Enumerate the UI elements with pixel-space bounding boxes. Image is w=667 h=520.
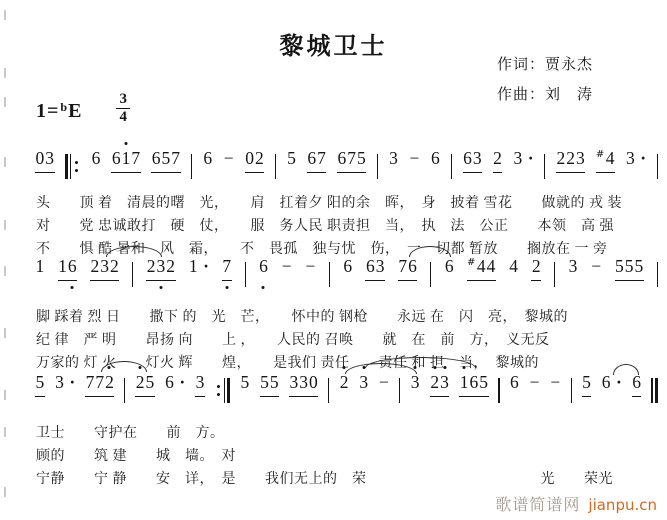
barline (544, 154, 545, 179)
notation-line-2: 1162322321·76−−663766#44423−555 (34, 256, 659, 286)
barline (377, 154, 378, 179)
watermark-site-url: jianpu.cn (588, 496, 657, 514)
note: 6 (509, 372, 519, 393)
note: 63 (365, 256, 385, 281)
note: 555 (615, 256, 644, 281)
augmentation-dot: · (203, 256, 209, 276)
watermark: 歌谱简谱网 jianpu.cn (495, 492, 657, 515)
augmentation-dot: · (179, 372, 185, 392)
barline (571, 378, 572, 403)
note: 6 (444, 256, 454, 277)
key-name: 1=bE (36, 100, 82, 122)
augmentation-dot: · (69, 372, 75, 392)
note: 16 (58, 256, 78, 281)
barline (132, 262, 133, 287)
repeat-end-barline (215, 378, 230, 403)
dash-note: − (281, 256, 292, 277)
barline (245, 262, 246, 287)
note: 3 (389, 148, 399, 169)
note: 3· (55, 372, 76, 393)
sharp-symbol: # (596, 149, 604, 160)
note: 02 (245, 148, 265, 173)
note: 1 (35, 256, 45, 277)
lyrics-line-2-verse-2: 纪 律 严 明 昂扬 向 上 ， 人民的 召唤 就 在 前 方， 义无反 (36, 329, 550, 349)
final-barline (651, 378, 657, 403)
barline (554, 262, 555, 287)
note: 5 (582, 372, 592, 397)
note: 3· (513, 148, 534, 169)
system-3: 53·772256·355533023−3231656−−56·6 卫士 守护在… (34, 372, 659, 402)
note: 3 (410, 372, 420, 393)
lyrics-line-2-verse-1: 脚 踩着 烈 日 撒下 的 光 芒， 怀中的 钢枪 永远 在 闪 亮， 黎城的 (36, 306, 568, 326)
dash-note: − (305, 256, 316, 277)
note: 5 (287, 148, 297, 169)
page: { "header": { "title": "黎城卫士", "lyricist… (0, 0, 667, 520)
note: #44 (467, 256, 496, 281)
barline (328, 378, 329, 403)
barline (451, 154, 452, 179)
note: 675 (337, 148, 366, 173)
barline (275, 154, 276, 179)
note: 772 (85, 372, 114, 397)
barline (657, 154, 658, 179)
note: 6· (165, 372, 186, 393)
lyrics-line-3-verse-2: 顾的 筑 建 城 墙。 对 (36, 445, 236, 465)
credits: 作词：贾永杰 作曲：刘 涛 (497, 50, 667, 110)
repeat-start-barline (65, 154, 80, 179)
note: 4 (509, 256, 519, 277)
note: 3 (568, 256, 578, 277)
barline (430, 262, 431, 287)
dash-note: − (378, 372, 389, 393)
note: 165 (459, 372, 488, 397)
barline (399, 378, 400, 403)
note: 330 (289, 372, 318, 397)
note: 1· (188, 256, 209, 277)
dash-note: − (223, 148, 234, 169)
note: 55 (260, 372, 280, 397)
time-denominator: 4 (116, 109, 130, 125)
note: #4 (596, 148, 615, 173)
note: 2 (493, 148, 503, 173)
note: 3· (626, 148, 647, 169)
note: 03 (35, 148, 55, 173)
key-signature: 1=bE 3 4 (36, 92, 130, 125)
note: 7 (222, 256, 232, 281)
note: 6· (601, 372, 622, 393)
dash-note: − (591, 256, 602, 277)
flat-symbol: b (60, 100, 68, 114)
lyrics-line-1-verse-3: 不 惧 酷 暑和 风 霜， 不 畏孤 独与忧 伤， 一 切都 暂放 搁放在 一 … (36, 238, 608, 258)
note: 63 (463, 148, 483, 173)
note: 617 (111, 148, 140, 173)
barline (498, 378, 499, 403)
watermark-site-name: 歌谱简谱网 (495, 497, 580, 514)
note: 6 (259, 256, 269, 277)
augmentation-dot: · (616, 372, 622, 392)
note: 25 (135, 372, 155, 397)
note: 5 (35, 372, 45, 397)
note: 23 (430, 372, 450, 397)
score-sheet: 黎城卫士 作词：贾永杰 作曲：刘 涛 1=bE 3 4 0366176576−0… (0, 0, 667, 520)
lyrics-line-1-verse-2: 对 党 忠诚敢打 硬 仗， 服 务人民 职责担 当， 执 法 公正 本领 高 强 (36, 215, 614, 235)
note: 6 (632, 372, 642, 397)
dash-note: − (409, 148, 420, 169)
note: 232 (146, 256, 175, 281)
note: 657 (151, 148, 180, 173)
lyrics-line-3-verse-3: 宁静 宁 静 安 详， 是 我们无上的 荣 光 荣光 (36, 468, 613, 488)
lyricist-credit: 作词：贾永杰 (497, 50, 667, 80)
note: 232 (90, 256, 119, 281)
barline (124, 378, 125, 403)
dash-note: − (550, 372, 561, 393)
note: 2 (339, 372, 349, 393)
time-numerator: 3 (116, 92, 130, 109)
barline (191, 154, 192, 179)
notation-line-1: 0366176576−025676753−66323·223#43· (34, 148, 659, 178)
notation-line-3: 53·772256·355533023−3231656−−56·6 (34, 372, 659, 402)
note: 67 (307, 148, 327, 173)
system-1: 0366176576−025676753−66323·223#43· 头 顶 着… (34, 148, 659, 178)
system-2: 1162322321·76−−663766#44423−555 脚 踩着 烈 日… (34, 256, 659, 286)
lyrics-line-3-verse-1: 卫士 守护在 前 方。 (36, 422, 225, 442)
dash-note: − (529, 372, 540, 393)
barline (329, 262, 330, 287)
augmentation-dot: · (528, 148, 534, 168)
note: 6 (91, 148, 101, 169)
note: 76 (398, 256, 418, 281)
time-signature: 3 4 (116, 92, 130, 125)
lyrics-line-2-verse-3: 万家的 灯 火 灯火 辉 煌， 是我们 责任 责任 和 担 当， 黎城的 (36, 352, 539, 372)
composer-credit: 作曲：刘 涛 (497, 80, 667, 110)
sharp-symbol: # (467, 257, 475, 268)
augmentation-dot: · (640, 148, 646, 168)
note: 5 (240, 372, 250, 393)
note: 6 (430, 148, 440, 169)
barline (657, 262, 658, 287)
note: 3 (195, 372, 205, 397)
note: 6 (343, 256, 353, 277)
note: 6 (203, 148, 213, 169)
note: 2 (531, 256, 541, 281)
note: 223 (556, 148, 585, 173)
lyrics-line-1-verse-1: 头 顶 着 清晨的曙 光， 肩 扛着夕 阳的余 晖， 身 披着 雪花 做就的 戎… (36, 192, 622, 212)
note: 3 (359, 372, 369, 393)
